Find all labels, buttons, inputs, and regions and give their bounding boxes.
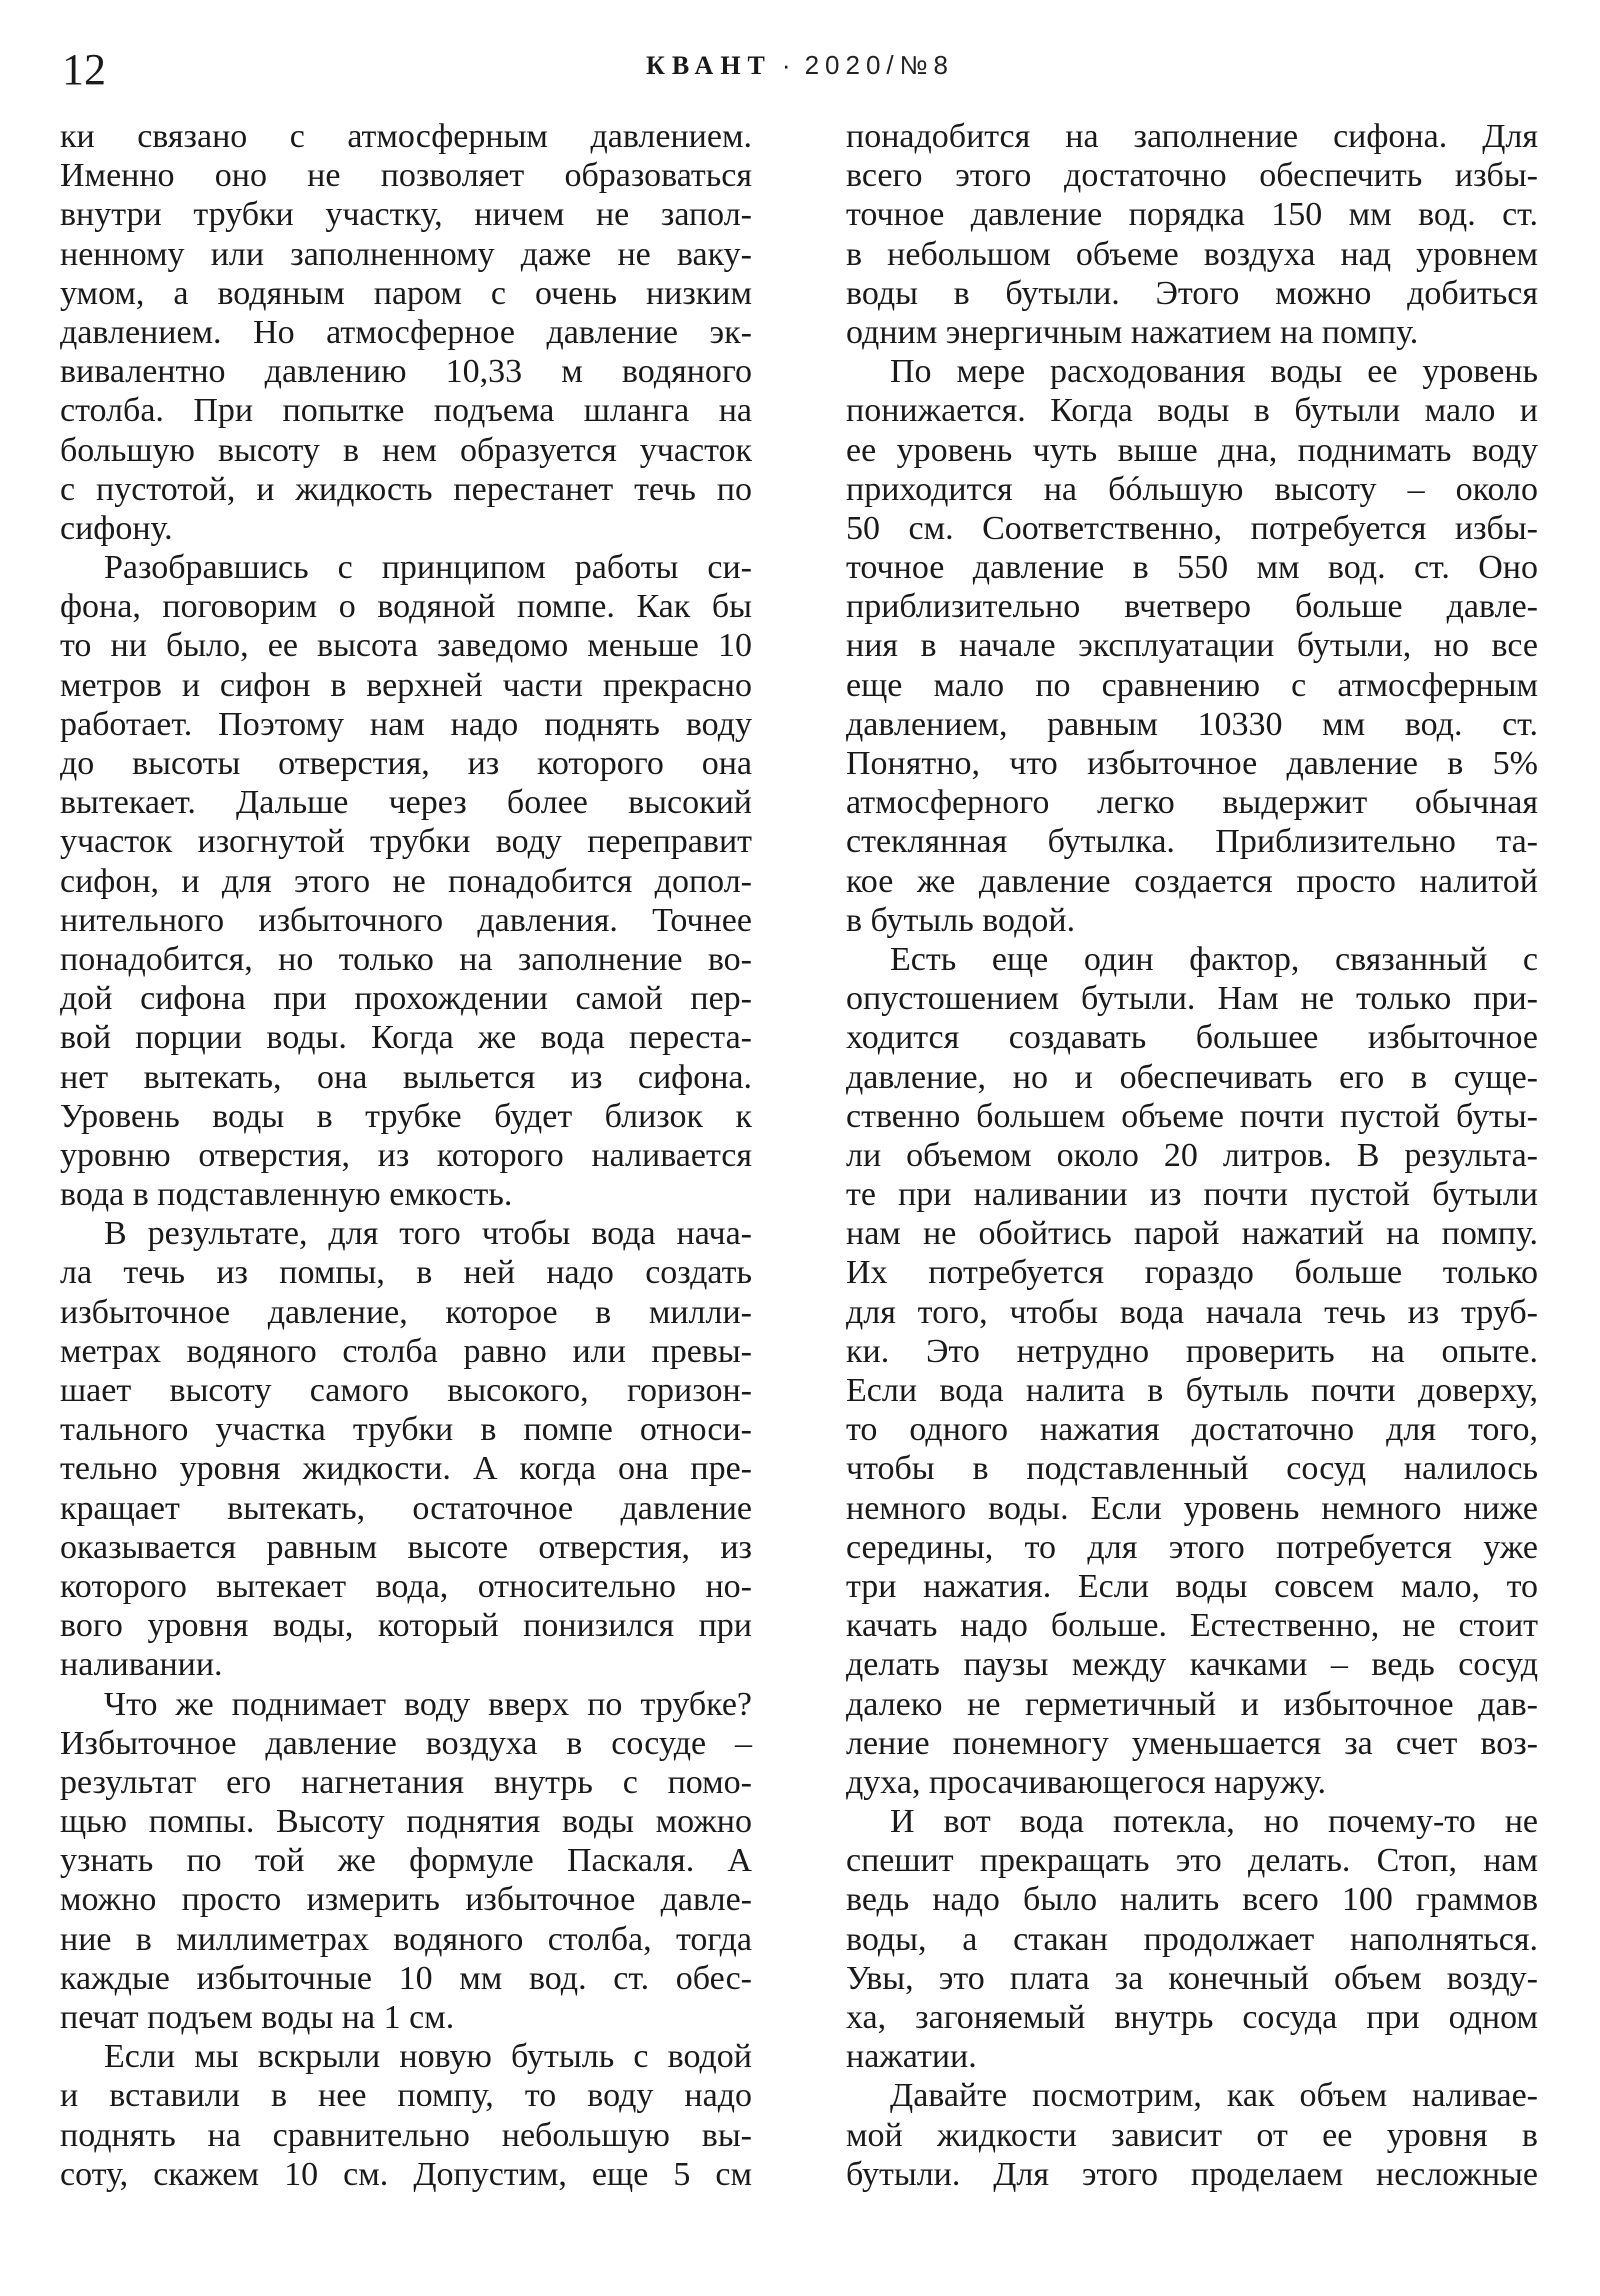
text-line: духа, просачивающегося наружу. <box>846 1763 1538 1802</box>
text-line: три нажатия. Если воды совсем мало, то <box>846 1567 1538 1606</box>
text-line: ственно большем объеме почти пустой буты… <box>846 1097 1538 1136</box>
text-line: середины, то для этого потребуется уже <box>846 1528 1538 1567</box>
text-line: шает высоту самого высокого, горизон- <box>60 1371 752 1410</box>
text-line: фона, поговорим о водяной помпе. Как бы <box>60 587 752 626</box>
text-line: вытекает. Дальше через более высокий <box>60 783 752 822</box>
text-line: приходится на бóльшую высоту – около <box>846 470 1538 509</box>
text-line: в небольшом объеме воздуха над уровнем <box>846 235 1538 274</box>
text-line: ла течь из помпы, в ней надо создать <box>60 1253 752 1292</box>
text-line: чтобы в подставленный сосуд налилось <box>846 1449 1538 1488</box>
text-line: нажатии. <box>846 2037 1538 2076</box>
text-line: качать надо больше. Естественно, не стои… <box>846 1606 1538 1645</box>
text-line: щью помпы. Высоту поднятия воды можно <box>60 1802 752 1841</box>
text-line: спешит прекращать это делать. Стоп, нам <box>846 1841 1538 1880</box>
text-line: давление, но и обеспечивать его в суще- <box>846 1058 1538 1097</box>
text-line: Давайте посмотрим, как объем наливае- <box>846 2076 1538 2115</box>
text-line: стеклянная бутылка. Приблизительно та- <box>846 822 1538 861</box>
text-line: каждые избыточные 10 мм вод. ст. обес- <box>60 1959 752 1998</box>
text-line: 50 см. Соответственно, потребуется избы- <box>846 509 1538 548</box>
text-line: понадобится на заполнение сифона. Для <box>846 117 1538 156</box>
text-line: то ни было, ее высота заведомо меньше 10 <box>60 626 752 665</box>
text-line: воды, а стакан продолжает наполняться. <box>846 1920 1538 1959</box>
text-line: воды в бутыли. Этого можно добиться <box>846 274 1538 313</box>
issue-number: 2020/№8 <box>805 50 954 80</box>
text-line: тального участка трубки в помпе относи- <box>60 1410 752 1449</box>
text-line: печат подъем воды на 1 см. <box>60 1998 752 2037</box>
text-line: ведь надо было налить всего 100 граммов <box>846 1880 1538 1919</box>
text-line: которого вытекает вода, относительно но- <box>60 1567 752 1606</box>
text-line: Избыточное давление воздуха в сосуде – <box>60 1724 752 1763</box>
text-line: вого уровня воды, который понизился при <box>60 1606 752 1645</box>
text-line: вода в подставленную емкость. <box>60 1175 752 1214</box>
text-line: давлением, равным 10330 мм вод. ст. <box>846 705 1538 744</box>
text-line: с пустотой, и жидкость перестанет течь п… <box>60 470 752 509</box>
text-line: ненному или заполненному даже не ваку- <box>60 235 752 274</box>
text-column-left: ки связано с атмосферным давлением.Именн… <box>60 117 752 2194</box>
text-line: мой жидкости зависит от ее уровня в <box>846 2116 1538 2155</box>
text-line: участок изогнутой трубки воду переправит <box>60 822 752 861</box>
text-line: понадобится, но только на заполнение во- <box>60 940 752 979</box>
text-line: Есть еще один фактор, связанный с <box>846 940 1538 979</box>
header-separator: · <box>782 50 791 80</box>
text-line: ление понемногу уменьшается за счет воз- <box>846 1724 1538 1763</box>
text-line: наливании. <box>60 1645 752 1684</box>
text-line: точное давление порядка 150 мм вод. ст. <box>846 195 1538 234</box>
text-line: тельно уровня жидкости. А когда она пре- <box>60 1449 752 1488</box>
text-line: приблизительно вчетверо больше давле- <box>846 587 1538 626</box>
text-line: нительного избыточного давления. Точнее <box>60 901 752 940</box>
text-line: вивалентно давлению 10,33 м водяного <box>60 352 752 391</box>
text-line: результат его нагнетания внутрь с помо- <box>60 1763 752 1802</box>
text-line: бутыли. Для этого проделаем несложные <box>846 2155 1538 2194</box>
text-line: внутри трубки участку, ничем не запол- <box>60 195 752 234</box>
text-line: делать паузы между качками – ведь сосуд <box>846 1645 1538 1684</box>
text-line: уровню отверстия, из которого наливается <box>60 1136 752 1175</box>
running-head: КВАНТ·2020/№8 <box>0 50 1600 81</box>
text-line: большую высоту в нем образуется участок <box>60 431 752 470</box>
text-line: в бутыль водой. <box>846 901 1538 940</box>
text-line: можно просто измерить избыточное давле- <box>60 1880 752 1919</box>
text-line: опустошением бутыли. Нам не только при- <box>846 979 1538 1018</box>
text-line: дой сифона при прохождении самой пер- <box>60 979 752 1018</box>
journal-title: КВАНТ <box>646 51 772 80</box>
text-line: соту, скажем 10 см. Допустим, еще 5 см <box>60 2155 752 2194</box>
text-line: избыточное давление, которое в милли- <box>60 1293 752 1332</box>
text-line: нам не обойтись парой нажатий на помпу. <box>846 1214 1538 1253</box>
text-line: ния в начале эксплуатации бутыли, но все <box>846 626 1538 665</box>
text-line: до высоты отверстия, из которого она <box>60 744 752 783</box>
text-line: Если вода налита в бутыль почти доверху, <box>846 1371 1538 1410</box>
text-line: кое же давление создается просто налитой <box>846 862 1538 901</box>
text-line: кращает вытекать, остаточное давление <box>60 1489 752 1528</box>
text-line: всего этого достаточно обеспечить избы- <box>846 156 1538 195</box>
text-line: сифон, и для этого не понадобится допол- <box>60 862 752 901</box>
text-line: нет вытекать, она выльется из сифона. <box>60 1058 752 1097</box>
text-line: Понятно, что избыточное давление в 5% <box>846 744 1538 783</box>
text-line: понижается. Когда воды в бутыли мало и <box>846 391 1538 430</box>
text-line: вой порции воды. Когда же вода переста- <box>60 1018 752 1057</box>
text-line: Разобравшись с принципом работы си- <box>60 548 752 587</box>
text-line: точное давление в 550 мм вод. ст. Оно <box>846 548 1538 587</box>
text-line: давлением. Но атмосферное давление эк- <box>60 313 752 352</box>
text-line: еще мало по сравнению с атмосферным <box>846 666 1538 705</box>
text-line: немного воды. Если уровень немного ниже <box>846 1489 1538 1528</box>
text-line: то одного нажатия достаточно для того, <box>846 1410 1538 1449</box>
text-line: Именно оно не позволяет образоваться <box>60 156 752 195</box>
text-line: умом, а водяным паром с очень низким <box>60 274 752 313</box>
text-line: ли объемом около 20 литров. В результа- <box>846 1136 1538 1175</box>
text-line: Если мы вскрыли новую бутыль с водой <box>60 2037 752 2076</box>
text-line: далеко не герметичный и избыточное дав- <box>846 1685 1538 1724</box>
text-line: ние в миллиметрах водяного столба, тогда <box>60 1920 752 1959</box>
text-line: и вставили в нее помпу, то воду надо <box>60 2076 752 2115</box>
text-line: ки связано с атмосферным давлением. <box>60 117 752 156</box>
text-line: для того, чтобы вода начала течь из труб… <box>846 1293 1538 1332</box>
text-line: столба. При попытке подъема шланга на <box>60 391 752 430</box>
text-line: По мере расходования воды ее уровень <box>846 352 1538 391</box>
text-line: поднять на сравнительно небольшую вы- <box>60 2116 752 2155</box>
text-line: метров и сифон в верхней части прекрасно <box>60 666 752 705</box>
text-line: ее уровень чуть выше дна, поднимать воду <box>846 431 1538 470</box>
text-line: метрах водяного столба равно или превы- <box>60 1332 752 1371</box>
text-line: ха, загоняемый внутрь сосуда при одном <box>846 1998 1538 2037</box>
text-line: те при наливании из почти пустой бутыли <box>846 1175 1538 1214</box>
text-line: Уровень воды в трубке будет близок к <box>60 1097 752 1136</box>
text-line: ходится создавать большее избыточное <box>846 1018 1538 1057</box>
text-line: Их потребуется гораздо больше только <box>846 1253 1538 1292</box>
text-line: сифону. <box>60 509 752 548</box>
text-line: узнать по той же формуле Паскаля. А <box>60 1841 752 1880</box>
text-line: И вот вода потекла, но почему-то не <box>846 1802 1538 1841</box>
text-line: Что же поднимает воду вверх по трубке? <box>60 1685 752 1724</box>
text-line: ки. Это нетрудно проверить на опыте. <box>846 1332 1538 1371</box>
text-line: Увы, это плата за конечный объем возду- <box>846 1959 1538 1998</box>
text-line: работает. Поэтому нам надо поднять воду <box>60 705 752 744</box>
text-line: одним энергичным нажатием на помпу. <box>846 313 1538 352</box>
text-column-right: понадобится на заполнение сифона. Длявсе… <box>846 117 1538 2194</box>
text-line: В результате, для того чтобы вода нача- <box>60 1214 752 1253</box>
text-line: атмосферного легко выдержит обычная <box>846 783 1538 822</box>
text-line: оказывается равным высоте отверстия, из <box>60 1528 752 1567</box>
